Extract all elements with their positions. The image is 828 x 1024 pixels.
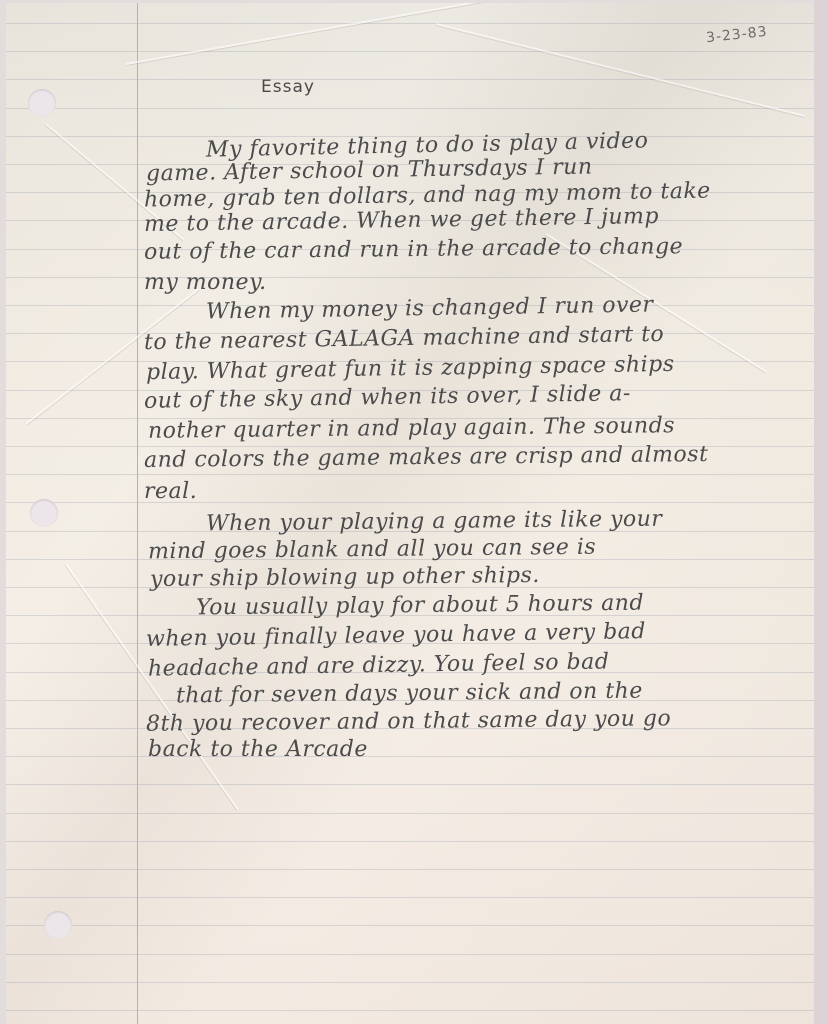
ruled-line	[6, 813, 814, 814]
essay-line: play. What great fun it is zapping space…	[146, 352, 675, 385]
essay-line: my money.	[144, 270, 267, 295]
ruled-line	[6, 954, 814, 955]
essay-line: 8th you recover and on that same day you…	[146, 706, 671, 736]
punch-hole-bottom	[44, 911, 72, 939]
margin-line	[137, 3, 138, 1024]
ruled-line	[6, 925, 814, 926]
essay-line: that for seven days your sick and on the	[176, 679, 643, 709]
essay-title: Essay	[261, 77, 315, 97]
ruled-line	[6, 51, 814, 52]
essay-line: to the nearest GALAGA machine and start …	[144, 322, 665, 355]
notebook-paper: 3-23-83 Essay My favorite thing to do is…	[6, 3, 814, 1024]
ruled-line	[6, 869, 814, 870]
essay-line: When my money is changed I run over	[206, 292, 654, 324]
ruled-line	[6, 784, 814, 785]
essay-line: your ship blowing up other ships.	[150, 563, 540, 592]
ruled-line	[6, 841, 814, 842]
essay-line: When your playing a game its like your	[206, 507, 663, 537]
essay-line: headache and are dizzy. You feel so bad	[148, 649, 610, 681]
ruled-line	[6, 108, 814, 109]
ruled-line	[6, 502, 814, 503]
essay-line: real.	[144, 479, 197, 504]
essay-line: nother quarter in and play again. The so…	[148, 413, 675, 444]
ruled-line	[6, 897, 814, 898]
ruled-line	[6, 79, 814, 80]
ruled-line	[6, 756, 814, 757]
date-written: 3-23-83	[705, 24, 768, 46]
punch-hole-middle	[30, 499, 58, 527]
essay-line: out of the car and run in the arcade to …	[144, 234, 683, 265]
scanner-edge	[814, 0, 828, 1024]
ruled-line	[6, 277, 814, 278]
essay-line: mind goes blank and all you can see is	[148, 535, 596, 565]
essay-line: when you finally leave you have a very b…	[146, 619, 646, 652]
ruled-line	[6, 1010, 814, 1011]
ruled-line	[6, 982, 814, 983]
ruled-line	[6, 23, 814, 24]
punch-hole-top	[28, 89, 56, 117]
essay-line: out of the sky and when its over, I slid…	[144, 381, 631, 414]
ruled-line	[6, 474, 814, 475]
scanned-page: 3-23-83 Essay My favorite thing to do is…	[0, 0, 828, 1024]
essay-line: and colors the game makes are crisp and …	[144, 442, 709, 473]
essay-line: back to the Arcade	[148, 737, 368, 762]
essay-line: You usually play for about 5 hours and	[196, 591, 644, 621]
